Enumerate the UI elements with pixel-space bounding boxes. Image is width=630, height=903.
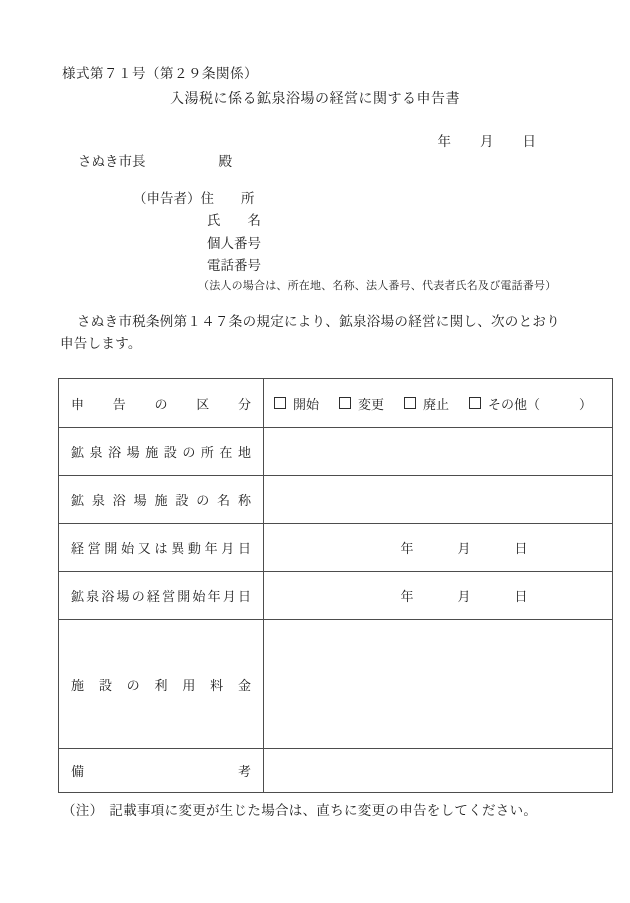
row-label-change-date: 経営開始又は異動年月日 [71,538,251,557]
facility-name-input-cell[interactable] [264,476,613,524]
date-day-label: 日 [515,538,528,557]
checkbox-option-other[interactable]: その他（ ） [469,394,592,413]
table-row-category: 申告の区分 開始 変更 廃止 [59,379,613,428]
document-page: 様式第７１号（第２９条関係） 入湯税に係る鉱泉浴場の経営に関する申告書 年 月 … [0,0,630,903]
table-row-usage-fee: 施設の利用料金 [59,620,613,749]
row-label-business-start-date: 鉱泉浴場の経営開始年月日 [71,586,251,605]
checkbox-label-start: 開始 [293,394,319,413]
checkbox-icon[interactable] [404,397,416,409]
date-year-label: 年 [400,586,413,605]
submission-date-line: 年 月 日 [0,130,630,150]
checkbox-option-start[interactable]: 開始 [274,394,319,413]
footer-note-prefix: （注） [62,803,103,818]
table-row-facility-name: 鉱泉浴場施設の名称 [59,476,613,524]
table-row-business-start-date: 鉱泉浴場の経営開始年月日 年 月 日 [59,572,613,620]
applicant-name-label: 氏 名 [207,210,261,232]
footer-note: （注）記載事項に変更が生じた場合は、直ちに変更の申告をしてください。 [62,799,537,819]
category-value-cell: 開始 変更 廃止 その他（ ） [264,379,613,428]
business-start-date-input-cell[interactable]: 年 月 日 [264,572,613,620]
table-row-location: 鉱泉浴場施設の所在地 [59,428,613,476]
page-title: 入湯税に係る鉱泉浴場の経営に関する申告書 [0,88,630,108]
usage-fee-input-cell[interactable] [264,620,613,749]
date-month-label: 月 [480,130,494,150]
date-month-label: 月 [457,586,470,605]
declaration-statement: さぬき市税条例第１４７条の規定により、鉱泉浴場の経営に関し、次のとおり申告します… [60,311,568,356]
corporate-note: （法人の場合は、所在地、名称、法人番号、代表者氏名及び電話番号） [198,277,556,293]
checkbox-icon[interactable] [469,397,481,409]
addressee-line: さぬき市長 殿 [78,150,232,170]
applicant-address-label: 住 所 [201,188,255,210]
row-label-category: 申告の区分 [71,394,251,413]
row-label-usage-fee: 施設の利用料金 [71,675,251,694]
applicant-block: （申告者） 住 所 氏 名 個人番号 電話番号 [133,188,261,278]
applicant-address-row: （申告者） 住 所 [133,188,261,210]
checkbox-icon[interactable] [339,397,351,409]
remarks-input-cell[interactable] [264,749,613,793]
location-input-cell[interactable] [264,428,613,476]
checkbox-option-change[interactable]: 変更 [339,394,384,413]
category-checkbox-group: 開始 変更 廃止 その他（ ） [274,394,604,413]
footer-note-text: 記載事項に変更が生じた場合は、直ちに変更の申告をしてください。 [109,803,537,818]
date-day-label: 日 [523,130,537,150]
checkbox-icon[interactable] [274,397,286,409]
applicant-personal-number-row: 個人番号 [207,233,261,255]
row-label-facility-name: 鉱泉浴場施設の名称 [71,490,251,509]
checkbox-label-change: 変更 [358,394,384,413]
applicant-prefix: （申告者） [133,188,201,210]
addressee-name: さぬき市長 [78,150,146,170]
applicant-phone-label: 電話番号 [207,255,261,277]
change-date-input-cell[interactable]: 年 月 日 [264,524,613,572]
date-day-label: 日 [515,586,528,605]
form-number: 様式第７１号（第２９条関係） [62,62,258,82]
applicant-phone-row: 電話番号 [207,255,261,277]
table-row-remarks: 備考 [59,749,613,793]
checkbox-label-other: その他（ ） [488,394,592,413]
table-row-change-date: 経営開始又は異動年月日 年 月 日 [59,524,613,572]
change-date-labels: 年 月 日 [274,538,604,557]
date-year-label: 年 [438,130,452,150]
row-label-remarks: 備考 [71,761,251,780]
applicant-name-row: 氏 名 [207,210,261,232]
business-start-date-labels: 年 月 日 [274,586,604,605]
checkbox-label-abolish: 廃止 [423,394,449,413]
applicant-personal-number-label: 個人番号 [207,233,261,255]
date-month-label: 月 [457,538,470,557]
addressee-honorific: 殿 [219,150,233,170]
row-label-location: 鉱泉浴場施設の所在地 [71,442,251,461]
declaration-table: 申告の区分 開始 変更 廃止 [58,378,613,793]
date-year-label: 年 [400,538,413,557]
checkbox-option-abolish[interactable]: 廃止 [404,394,449,413]
